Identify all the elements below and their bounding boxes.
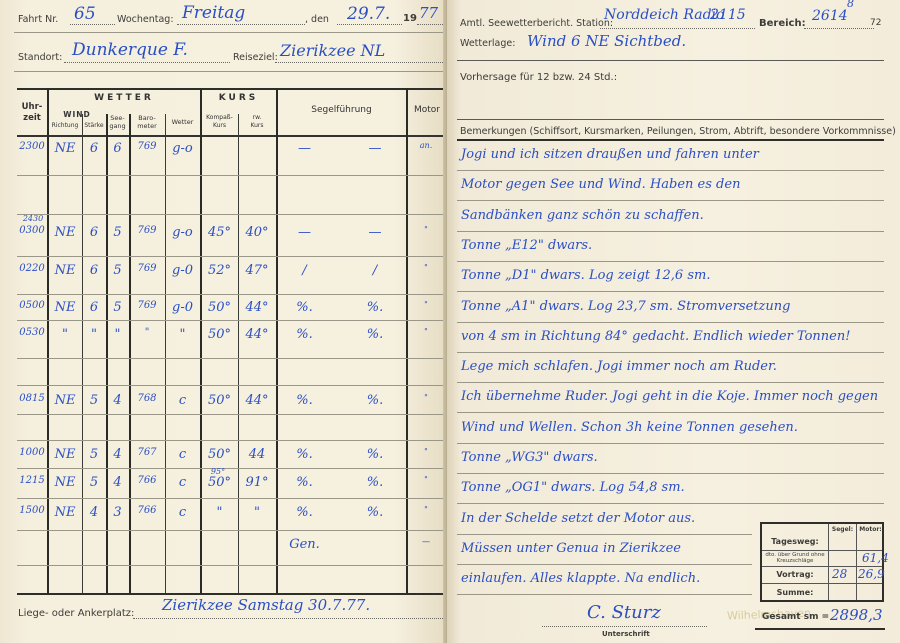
log-cell-force[interactable]: 4	[82, 505, 106, 520]
log-cell-sail-a[interactable]: %.	[282, 475, 327, 490]
summary-sum-label: Summe:	[762, 588, 828, 597]
log-cell-weather[interactable]: c	[165, 475, 200, 490]
log-cell-sail-a[interactable]: —	[282, 141, 327, 156]
log-cell-baro[interactable]: 769	[129, 300, 165, 311]
log-cell-compass[interactable]: 50°	[201, 447, 238, 462]
log-cell-sail-b[interactable]: /	[350, 263, 400, 278]
log-cell-sail-b[interactable]: %.	[350, 505, 400, 520]
log-cell-sail-a[interactable]: %.	[282, 393, 327, 408]
log-cell-engine[interactable]: "	[407, 505, 445, 514]
log-cell-true[interactable]: "	[238, 505, 276, 520]
header-engine: Motor	[407, 106, 447, 114]
header-sea-state: See- gang	[106, 114, 129, 130]
log-cell-dir[interactable]: NE	[48, 475, 82, 490]
log-cell-true[interactable]: 40°	[238, 225, 276, 240]
log-cell-weather[interactable]: "	[165, 327, 200, 342]
remark-line[interactable]: Tonne „E12" dwars.	[461, 238, 592, 253]
header-barometer: Baro- meter	[129, 114, 165, 130]
log-cell-sea[interactable]: "	[106, 327, 129, 342]
log-cell-compass[interactable]: 45°	[201, 225, 238, 240]
header-true-course: rw. Kurs	[238, 114, 276, 130]
log-cell-weather[interactable]: g-o	[165, 225, 200, 240]
log-cell-baro[interactable]: 769	[129, 263, 165, 274]
header-sails: Segelführung	[277, 106, 406, 114]
header-weather: Wetter	[165, 118, 200, 126]
log-cell-dir[interactable]: NE	[48, 447, 82, 462]
remark-line[interactable]: Sandbänken ganz schön zu schaffen.	[461, 208, 704, 223]
remark-line[interactable]: Ich übernehme Ruder. Jogi geht in die Ko…	[461, 389, 878, 404]
log-cell-sail-a[interactable]: %.	[282, 300, 327, 315]
log-cell-weather[interactable]: g-o	[165, 141, 200, 156]
area-label: Bereich:	[759, 18, 806, 29]
log-cell-engine[interactable]: "	[407, 263, 445, 272]
year-prefix: 19	[403, 13, 417, 24]
log-cell-sea[interactable]: 5	[106, 225, 129, 240]
log-cell-true[interactable]: 44	[238, 447, 276, 462]
remark-line[interactable]: einlaufen. Alles klappte. Na endlich.	[461, 571, 700, 586]
log-cell-compass[interactable]: 50°	[201, 475, 238, 490]
remarks-label: Bemerkungen (Schiffsort, Kursmarken, Pei…	[460, 126, 896, 137]
header-wind-force: Stärke	[82, 122, 106, 130]
header-time: Uhr- zeit	[17, 102, 47, 124]
log-cell-sail-a[interactable]: /	[282, 263, 327, 278]
log-cell-weather[interactable]: g-0	[165, 263, 200, 278]
signature-label: Unterschrift	[602, 630, 650, 638]
log-cell-engine[interactable]: an.	[407, 141, 445, 150]
log-cell-baro[interactable]: 766	[129, 475, 165, 486]
location-label: Standort:	[18, 52, 62, 63]
log-cell-sail-a[interactable]: %.	[282, 447, 327, 462]
destination-value[interactable]: Zierikzee NL	[280, 41, 385, 60]
remark-line[interactable]: Lege mich schlafen. Jogi immer noch am R…	[461, 359, 777, 374]
log-cell-sail-b[interactable]: %.	[350, 475, 400, 490]
log-cell-engine[interactable]: "	[407, 393, 445, 402]
log-cell-force[interactable]: "	[82, 327, 106, 342]
forecast-label: Vorhersage für 12 bzw. 24 Std.:	[460, 72, 617, 83]
log-cell-sail-a[interactable]: Gen.	[282, 537, 327, 552]
summary-ground-label: dto. über Grund ohne Kreuzschläge	[762, 552, 828, 564]
situation-value[interactable]: Wind 6 NE Sichtbed.	[527, 32, 686, 50]
log-cell-engine[interactable]: "	[407, 327, 445, 336]
log-cell-time[interactable]: 1215	[17, 475, 47, 486]
remark-line[interactable]: Motor gegen See und Wind. Haben es den	[461, 177, 740, 192]
trip-no-label: Fahrt Nr.	[18, 14, 58, 25]
log-cell-sail-b[interactable]: —	[350, 141, 400, 156]
total-label: Gesamt sm =	[762, 612, 829, 622]
log-cell-time[interactable]: 1000	[17, 447, 47, 458]
log-cell-sail-b[interactable]: —	[350, 225, 400, 240]
page-number: 72	[870, 18, 881, 28]
log-cell-true[interactable]: 44°	[238, 393, 276, 408]
log-cell-time[interactable]: 0530	[17, 327, 47, 338]
log-cell-true[interactable]: 91°	[238, 475, 276, 490]
log-cell-baro[interactable]: "	[129, 327, 165, 338]
remark-line[interactable]: Tonne „WG3" dwars.	[461, 450, 598, 465]
log-cell-dir[interactable]: NE	[48, 300, 82, 315]
log-cell-compass[interactable]: 52°	[201, 263, 238, 278]
log-cell-sea[interactable]: 5	[106, 300, 129, 315]
log-cell-sea[interactable]: 5	[106, 263, 129, 278]
year-suffix[interactable]: 77	[419, 4, 438, 22]
header-wind-direction: Richtung	[48, 122, 82, 130]
remark-line[interactable]: Tonne „D1" dwars. Log zeigt 12,6 sm.	[461, 268, 710, 283]
log-cell-sea[interactable]: 4	[106, 447, 129, 462]
weekday-value[interactable]: Freitag	[182, 3, 245, 23]
log-cell-compass[interactable]: "	[201, 505, 238, 520]
weekday-label: Wochentag:	[117, 14, 174, 25]
log-cell-dir[interactable]: NE	[48, 225, 82, 240]
log-cell-sail-b[interactable]: %.	[350, 300, 400, 315]
log-cell-baro[interactable]: 766	[129, 505, 165, 516]
log-cell-sail-b[interactable]: %.	[350, 393, 400, 408]
report-time-value[interactable]: 2115	[710, 7, 746, 23]
log-cell-force[interactable]: 6	[82, 263, 106, 278]
remark-line[interactable]: Tonne „A1" dwars. Log 23,7 sm. Stromvers…	[461, 299, 790, 314]
log-cell-engine[interactable]: "	[407, 225, 445, 234]
summary-col-engine: Motor:	[857, 526, 884, 533]
log-cell-compass[interactable]: 50°	[201, 327, 238, 342]
remark-line[interactable]: Wind und Wellen. Schon 3h keine Tonnen g…	[461, 420, 798, 435]
log-cell-compass[interactable]: 50°	[201, 300, 238, 315]
remark-line[interactable]: Müssen unter Genua in Zierikzee	[461, 541, 681, 556]
summary-carry-label: Vortrag:	[762, 570, 828, 579]
situation-label: Wetterlage:	[460, 38, 515, 49]
log-cell-engine[interactable]: "	[407, 447, 445, 456]
log-cell-time[interactable]: 1500	[17, 505, 47, 516]
header-wind-group: WIND	[48, 111, 106, 119]
remark-line[interactable]: von 4 sm in Richtung 84° gedacht. Endlic…	[461, 329, 850, 344]
log-cell-force[interactable]: 6	[82, 225, 106, 240]
location-value[interactable]: Dunkerque F.	[72, 40, 188, 60]
log-cell-sail-a[interactable]: %.	[282, 327, 327, 342]
log-cell-engine[interactable]: "	[407, 300, 445, 309]
summary-col-sail: Segel:	[829, 526, 856, 533]
remark-line[interactable]: Jogi und ich sitzen draußen und fahren u…	[461, 147, 759, 162]
log-cell-true[interactable]: 47°	[238, 263, 276, 278]
date-value[interactable]: 29.7.	[347, 4, 390, 24]
header-course-group: KURS	[201, 94, 276, 102]
log-cell-engine[interactable]: —	[407, 537, 445, 546]
weather-report-label: Amtl. Seewetterbericht. Station:	[460, 18, 613, 29]
log-cell-sail-b[interactable]: %.	[350, 327, 400, 342]
left-page: Fahrt Nr. 65 Wochentag: Freitag , den 29…	[0, 0, 447, 643]
log-cell-time[interactable]: 0500	[17, 300, 47, 311]
log-cell-time-correction: 2430	[18, 214, 48, 223]
log-cell-time[interactable]: 2300	[17, 141, 47, 152]
log-cell-weather[interactable]: g-0	[165, 300, 200, 315]
log-cell-baro[interactable]: 769	[129, 225, 165, 236]
area-value[interactable]: 2614	[812, 8, 848, 24]
log-cell-dir[interactable]: NE	[48, 505, 82, 520]
summary-carry-sail[interactable]: 28	[832, 567, 847, 581]
log-cell-baro[interactable]: 767	[129, 447, 165, 458]
distance-summary-box: Segel: Motor: Tagesweg: dto. über Grund …	[760, 522, 884, 602]
log-cell-engine[interactable]: "	[407, 475, 445, 484]
area-note: 8	[847, 0, 854, 10]
log-cell-dir[interactable]: NE	[48, 393, 82, 408]
log-cell-true[interactable]: 44°	[238, 300, 276, 315]
station-value[interactable]: Norddeich Radio	[604, 7, 724, 23]
berth-label: Liege- oder Ankerplatz:	[18, 608, 134, 619]
log-cell-dir[interactable]: "	[48, 327, 82, 342]
trip-no-value[interactable]: 65	[74, 4, 96, 24]
log-cell-force[interactable]: 6	[82, 141, 106, 156]
log-cell-compass-correction: 95°	[203, 467, 233, 476]
log-cell-dir[interactable]: NE	[48, 263, 82, 278]
log-cell-compass[interactable]: 50°	[201, 393, 238, 408]
log-cell-time[interactable]: 0815	[17, 393, 47, 404]
summary-day-label: Tagesweg:	[762, 537, 828, 546]
log-cell-baro[interactable]: 769	[129, 141, 165, 152]
log-cell-sail-a[interactable]: —	[282, 225, 327, 240]
berth-value[interactable]: Zierikzee Samstag 30.7.77.	[162, 596, 370, 614]
log-cell-force[interactable]: 5	[82, 447, 106, 462]
log-cell-baro[interactable]: 768	[129, 393, 165, 404]
header-weather-group: WETTER	[48, 94, 200, 102]
header-compass-course: Kompaß- Kurs	[201, 114, 238, 130]
signature: C. Sturz	[587, 602, 661, 623]
log-cell-sea[interactable]: 3	[106, 505, 129, 520]
log-cell-force[interactable]: 5	[82, 475, 106, 490]
log-cell-dir[interactable]: NE	[48, 141, 82, 156]
total-value[interactable]: 2898,3	[830, 606, 883, 624]
log-cell-weather[interactable]: c	[165, 393, 200, 408]
log-cell-sea[interactable]: 6	[106, 141, 129, 156]
log-cell-weather[interactable]: c	[165, 505, 200, 520]
log-cell-force[interactable]: 6	[82, 300, 106, 315]
summary-ground-engine[interactable]: 61,4	[862, 551, 889, 565]
date-label: , den	[305, 14, 329, 25]
remark-line[interactable]: In der Schelde setzt der Motor aus.	[461, 511, 695, 526]
log-cell-sea[interactable]: 4	[106, 475, 129, 490]
log-cell-true[interactable]: 44°	[238, 327, 276, 342]
log-cell-force[interactable]: 5	[82, 393, 106, 408]
log-cell-weather[interactable]: c	[165, 447, 200, 462]
log-cell-sail-a[interactable]: %.	[282, 505, 327, 520]
summary-carry-engine[interactable]: 26,9	[858, 567, 885, 581]
remark-line[interactable]: Tonne „OG1" dwars. Log 54,8 sm.	[461, 480, 685, 495]
log-cell-sail-b[interactable]: %.	[350, 447, 400, 462]
destination-label: Reiseziel:	[233, 52, 278, 63]
log-cell-time[interactable]: 0220	[17, 263, 47, 274]
log-cell-time[interactable]: 0300	[17, 225, 47, 236]
log-cell-sea[interactable]: 4	[106, 393, 129, 408]
